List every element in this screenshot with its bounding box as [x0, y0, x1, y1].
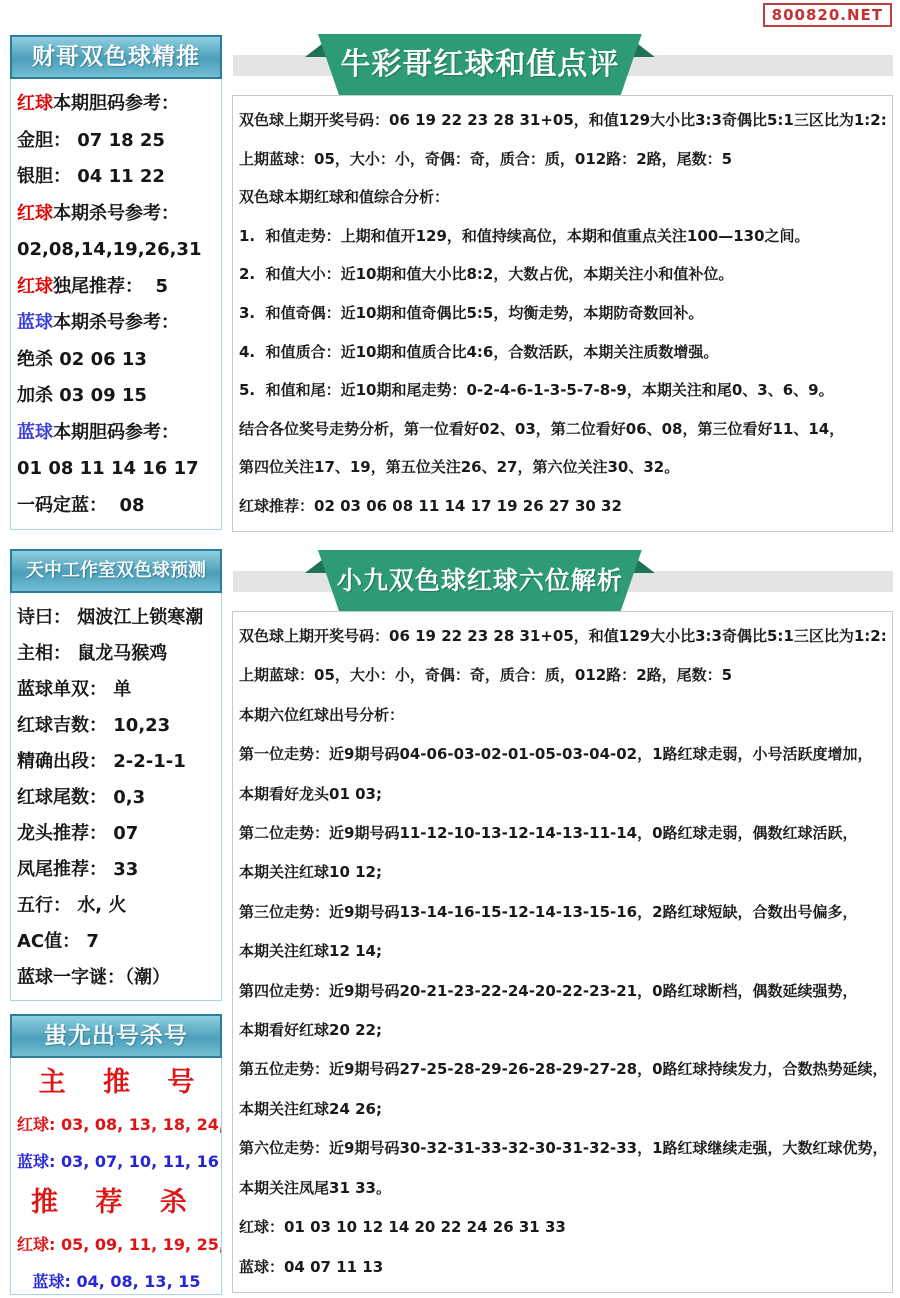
- sidebar-line: 一码定蓝： 08: [17, 488, 216, 525]
- analysis-line: 本期关注凤尾31 33。: [239, 1169, 886, 1208]
- sidebar-line: 金胆： 07 18 25: [17, 123, 216, 160]
- line-text: 蓝球单双： 单: [17, 679, 131, 700]
- analysis-line: 第六位走势：近9期号码30-32-31-33-32-30-31-32-33，1路…: [239, 1129, 886, 1168]
- analysis-line: 本期看好龙头01 03;: [239, 775, 886, 814]
- sidebar-line: 绝杀 02 06 13: [17, 342, 216, 379]
- red-ball-recommendation-line: 红球推荐：02 03 06 08 11 14 17 19 26 27 30 32: [239, 487, 886, 526]
- line-text: 龙头推荐： 07: [17, 823, 138, 844]
- line-text: 五行： 水, 火: [17, 895, 126, 916]
- line-text: 诗曰： 烟波江上锁寒潮: [17, 607, 203, 628]
- sidebar-line: 加杀 03 09 15: [17, 378, 216, 415]
- line-text: 加杀 03 09 15: [17, 385, 147, 406]
- analysis-line: 本期六位红球出号分析：: [239, 696, 886, 735]
- red-ball-tag: 红球: [17, 203, 53, 224]
- main-picks-heading: 主 推 号: [17, 1060, 216, 1106]
- sidebar-line: AC值： 7: [17, 924, 216, 960]
- line-text: 红球尾数： 0,3: [17, 787, 145, 808]
- red-ball-tag: 红球: [17, 93, 53, 114]
- analysis-line: 第五位走势：近9期号码27-25-28-29-26-28-29-27-28，0路…: [239, 1050, 886, 1089]
- line-text: 本期杀号参考：: [53, 312, 179, 333]
- line-text: 金胆： 07 18 25: [17, 130, 165, 151]
- panel-title-tianzhong: 天中工作室双色球预测: [10, 549, 222, 593]
- analysis-line: 双色球本期红球和值综合分析：: [239, 178, 886, 217]
- sidebar-line: 蓝球单双： 单: [17, 672, 216, 708]
- sidebar-line: 红球本期杀号参考：: [17, 196, 216, 233]
- analysis-line: 第一位走势：近9期号码04-06-03-02-01-05-03-04-02，1路…: [239, 735, 886, 774]
- analysis-line: 本期看好红球20 22;: [239, 1011, 886, 1050]
- sidebar-panel-caige: 财哥双色球精推 红球本期胆码参考： 金胆： 07 18 25 银胆： 04 11…: [10, 35, 222, 530]
- red-ball-recommendation-line: 红球：01 03 10 12 14 20 22 24 26 31 33: [239, 1208, 886, 1247]
- analysis-line: 4. 和值质合：近10期和值质合比4:6，合数活跃，本期关注质数增强。: [239, 333, 886, 372]
- line-text: 独尾推荐： 5: [53, 276, 168, 297]
- line-text: 绝杀 02 06 13: [17, 349, 147, 370]
- sidebar-panel-chiyou: 蚩尤出号杀号 主 推 号 红球: 03, 08, 13, 18, 24, 29 …: [10, 1014, 222, 1295]
- line-text: 本期胆码参考：: [53, 93, 179, 114]
- panel-body-chiyou: 主 推 号 红球: 03, 08, 13, 18, 24, 29 蓝球: 03,…: [10, 1058, 222, 1295]
- line-text: 银胆： 04 11 22: [17, 166, 165, 187]
- analysis-line: 第四位走势：近9期号码20-21-23-22-24-20-22-23-21，0路…: [239, 972, 886, 1011]
- sidebar-panel-tianzhong: 天中工作室双色球预测 诗曰： 烟波江上锁寒潮 主相： 鼠龙马猴鸡 蓝球单双： 单…: [10, 549, 222, 1001]
- sidebar-line: 红球独尾推荐： 5: [17, 269, 216, 306]
- line-text: 02,08,14,19,26,31: [17, 239, 201, 260]
- analysis-line: 1. 和值走势：上期和值开129，和值持续高位，本期和值重点关注100—130之…: [239, 217, 886, 256]
- analysis-line: 结合各位奖号走势分析，第一位看好02、03，第二位看好06、08，第三位看好11…: [239, 410, 886, 449]
- sidebar-line: 红球尾数： 0,3: [17, 780, 216, 816]
- site-badge: 800820.NET: [763, 3, 892, 27]
- sidebar-line: 精确出段： 2-2-1-1: [17, 744, 216, 780]
- line-text: 主相： 鼠龙马猴鸡: [17, 643, 167, 664]
- blue-ball-recommendation-line: 蓝球：04 07 11 13: [239, 1248, 886, 1287]
- panel-title-caige: 财哥双色球精推: [10, 35, 222, 79]
- main-picks-red-balls: 红球: 03, 08, 13, 18, 24, 29: [17, 1106, 216, 1143]
- line-text: 精确出段： 2-2-1-1: [17, 751, 186, 772]
- sidebar-line: 蓝球本期胆码参考：: [17, 415, 216, 452]
- sidebar-line: 诗曰： 烟波江上锁寒潮: [17, 600, 216, 636]
- sidebar-line: 蓝球本期杀号参考：: [17, 305, 216, 342]
- analysis-line: 第四位关注17、19，第五位关注26、27，第六位关注30、32。: [239, 448, 886, 487]
- banner-xiaojiu: 小九双色球红球六位解析: [232, 549, 893, 611]
- blue-ball-tag: 蓝球: [17, 422, 53, 443]
- line-text: 01 08 11 14 16 17: [17, 458, 199, 479]
- analysis-line: 5. 和值和尾：近10期和尾走势：0-2-4-6-1-3-5-7-8-9，本期关…: [239, 371, 886, 410]
- analysis-line: 上期蓝球：05，大小：小，奇偶：奇，质合：质，012路：2路，尾数：5: [239, 140, 886, 179]
- line-text: 红球吉数： 10,23: [17, 715, 170, 736]
- sidebar-line: 蓝球一字谜：（潮）: [17, 960, 216, 996]
- main-column: 牛彩哥红球和值点评 双色球上期开奖号码：06 19 22 23 28 31+05…: [232, 33, 893, 1293]
- blue-ball-tag: 蓝球: [17, 312, 53, 333]
- analysis-line: 双色球上期开奖号码：06 19 22 23 28 31+05，和值129大小比3…: [239, 617, 886, 656]
- line-text: 本期杀号参考：: [53, 203, 179, 224]
- analysis-line: 本期关注红球10 12;: [239, 853, 886, 892]
- analysis-line: 第二位走势：近9期号码11-12-10-13-12-14-13-11-14，0路…: [239, 814, 886, 853]
- kill-picks-blue-balls: 蓝球: 04, 08, 13, 15: [17, 1263, 216, 1295]
- line-text: 本期胆码参考：: [53, 422, 179, 443]
- line-text: 蓝球一字谜：（潮）: [17, 967, 170, 988]
- banner-title-six-position: 小九双色球红球六位解析: [318, 550, 642, 611]
- panel-title-chiyou: 蚩尤出号杀号: [10, 1014, 222, 1058]
- line-text: 凤尾推荐： 33: [17, 859, 138, 880]
- banner-niucaige: 牛彩哥红球和值点评: [232, 33, 893, 95]
- sidebar-line: 红球吉数： 10,23: [17, 708, 216, 744]
- sidebar-line: 银胆： 04 11 22: [17, 159, 216, 196]
- analysis-line: 上期蓝球：05，大小：小，奇偶：奇，质合：质，012路：2路，尾数：5: [239, 656, 886, 695]
- sidebar-line: 凤尾推荐： 33: [17, 852, 216, 888]
- sidebar-line: 主相： 鼠龙马猴鸡: [17, 636, 216, 672]
- analysis-line: 本期关注红球24 26;: [239, 1090, 886, 1129]
- panel-sum-review: 双色球上期开奖号码：06 19 22 23 28 31+05，和值129大小比3…: [232, 95, 893, 532]
- sidebar-line: 01 08 11 14 16 17: [17, 451, 216, 488]
- panel-body-caige: 红球本期胆码参考： 金胆： 07 18 25 银胆： 04 11 22 红球本期…: [10, 79, 222, 530]
- kill-picks-red-balls: 红球: 05, 09, 11, 19, 25, 31: [17, 1226, 216, 1263]
- panel-body-tianzhong: 诗曰： 烟波江上锁寒潮 主相： 鼠龙马猴鸡 蓝球单双： 单 红球吉数： 10,2…: [10, 593, 222, 1001]
- main-picks-blue-balls: 蓝球: 03, 07, 10, 11, 16: [17, 1143, 216, 1180]
- analysis-line: 2. 和值大小：近10期和值大小比8:2，大数占优，本期关注小和值补位。: [239, 255, 886, 294]
- panel-six-position: 双色球上期开奖号码：06 19 22 23 28 31+05，和值129大小比3…: [232, 611, 893, 1293]
- kill-picks-heading: 推 荐 杀 号: [17, 1180, 216, 1226]
- banner-title-sum-review: 牛彩哥红球和值点评: [318, 34, 642, 95]
- sidebar-line: 龙头推荐： 07: [17, 816, 216, 852]
- analysis-line: 第三位走势：近9期号码13-14-16-15-12-14-13-15-16，2路…: [239, 893, 886, 932]
- sidebar-line: 02,08,14,19,26,31: [17, 232, 216, 269]
- red-ball-tag: 红球: [17, 276, 53, 297]
- analysis-line: 本期关注红球12 14;: [239, 932, 886, 971]
- analysis-line: 3. 和值奇偶：近10期和值奇偶比5:5，均衡走势，本期防奇数回补。: [239, 294, 886, 333]
- analysis-line: 双色球上期开奖号码：06 19 22 23 28 31+05，和值129大小比3…: [239, 101, 886, 140]
- line-text: 一码定蓝： 08: [17, 495, 145, 516]
- line-text: AC值： 7: [17, 931, 99, 952]
- sidebar-line: 红球本期胆码参考：: [17, 86, 216, 123]
- sidebar-line: 五行： 水, 火: [17, 888, 216, 924]
